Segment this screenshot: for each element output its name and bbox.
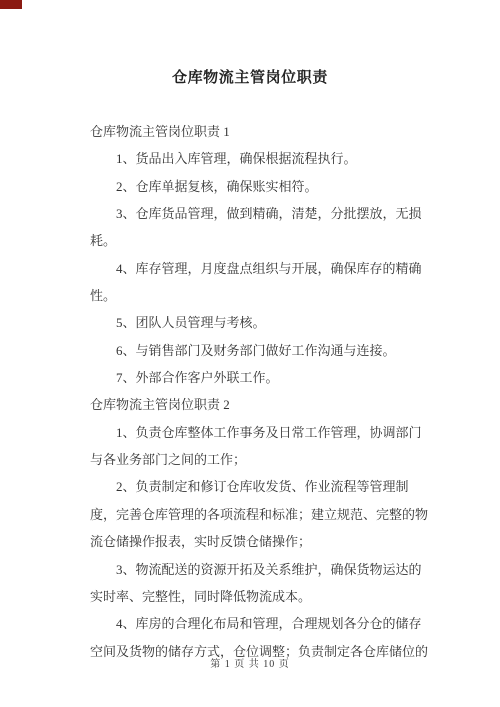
document-page: 仓库物流主管岗位职责 仓库物流主管岗位职责 1 1、货品出入库管理，确保根据流程… xyxy=(0,0,500,707)
body-line: 3、仓库货品管理，做到精确，清楚，分批摆放，无损 xyxy=(90,200,435,227)
corner-red-mark xyxy=(0,0,22,9)
body-line: 性。 xyxy=(90,282,435,309)
body-line: 4、库存管理，月度盘点组织与开展，确保库存的精确 xyxy=(90,255,435,282)
page-number-footer: 第 1 页 共 10 页 xyxy=(0,655,500,670)
body-line: 与各业务部门之间的工作； xyxy=(90,446,435,473)
body-line: 2、仓库单据复核，确保账实相符。 xyxy=(90,173,435,200)
page-title: 仓库物流主管岗位职责 xyxy=(0,62,500,94)
body-line: 实时率、完整性，同时降低物流成本。 xyxy=(90,583,435,610)
section-heading: 仓库物流主管岗位职责 2 xyxy=(90,391,435,418)
body-line: 1、负责仓库整体工作事务及日常工作管理，协调部门 xyxy=(90,419,435,446)
body-line: 1、货品出入库管理，确保根据流程执行。 xyxy=(90,145,435,172)
body-line: 7、外部合作客户外联工作。 xyxy=(90,364,435,391)
body-line: 3、物流配送的资源开拓及关系维护，确保货物运达的 xyxy=(90,556,435,583)
section-heading: 仓库物流主管岗位职责 1 xyxy=(90,118,435,145)
body-line: 耗。 xyxy=(90,227,435,254)
body-line: 5、团队人员管理与考核。 xyxy=(90,309,435,336)
body-line: 6、与销售部门及财务部门做好工作沟通与连接。 xyxy=(90,337,435,364)
document-body: 仓库物流主管岗位职责 1 1、货品出入库管理，确保根据流程执行。 2、仓库单据复… xyxy=(90,118,435,665)
body-line: 流仓储操作报表，实时反馈仓储操作； xyxy=(90,528,435,555)
body-line: 度，完善仓库管理的各项流程和标准；建立规范、完整的物 xyxy=(90,501,435,528)
body-line: 4、库房的合理化布局和管理，合理规划各分仓的储存 xyxy=(90,610,435,637)
body-line: 2、负责制定和修订仓库收发货、作业流程等管理制 xyxy=(90,473,435,500)
